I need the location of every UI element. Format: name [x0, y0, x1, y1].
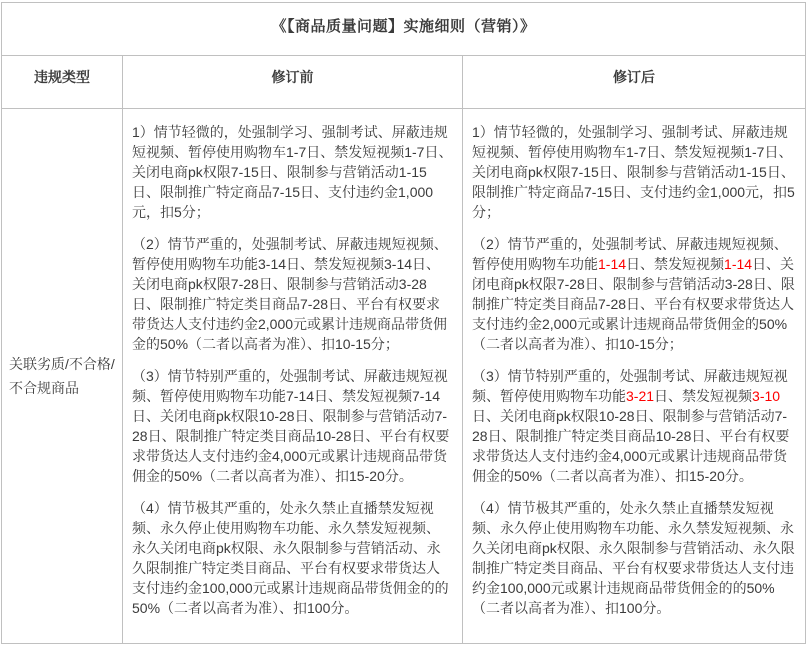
- title-row: 《【商品质量问题】实施细则（营销）》: [2, 3, 806, 56]
- rule-text: （3）情节特别严重的，处强制考试、屏蔽违规短视频、暂停使用购物车功能7-14日、…: [132, 368, 449, 484]
- rule-paragraph: （2）情节严重的，处强制考试、屏蔽违规短视频、暂停使用购物车功能3-14日、禁发…: [132, 234, 453, 354]
- rule-text: 日、禁发短视频: [626, 256, 724, 272]
- rule-text: 日、关闭电商pk权限10-28日、限制参与营销活动7-28日、限制推广特定类目商…: [472, 408, 789, 484]
- header-before-revision: 修订前: [123, 56, 463, 109]
- revised-text: 1-14: [724, 256, 752, 272]
- rule-text: 日、禁发短视频: [654, 388, 752, 404]
- after-revision-cell: 1）情节轻微的，处强制学习、强制考试、屏蔽违规短视频、暂停使用购物车1-7日、禁…: [463, 109, 806, 644]
- revised-text: 1-14: [598, 256, 626, 272]
- table-row: 关联劣质/不合格/不合规商品 1）情节轻微的，处强制学习、强制考试、屏蔽违规短视…: [2, 109, 806, 644]
- before-revision-cell: 1）情节轻微的，处强制学习、强制考试、屏蔽违规短视频、暂停使用购物车1-7日、禁…: [123, 109, 463, 644]
- rule-text: 1）情节轻微的，处强制学习、强制考试、屏蔽违规短视频、暂停使用购物车1-7日、禁…: [472, 124, 795, 220]
- rule-text: （2）情节严重的，处强制考试、屏蔽违规短视频、暂停使用购物车功能3-14日、禁发…: [132, 236, 448, 352]
- revised-text: 3-10: [752, 388, 780, 404]
- rule-paragraph: （3）情节特别严重的，处强制考试、屏蔽违规短视频、暂停使用购物车功能7-14日、…: [132, 366, 453, 486]
- header-row: 违规类型 修订前 修订后: [2, 56, 806, 109]
- rule-text: 1）情节轻微的，处强制学习、强制考试、屏蔽违规短视频、暂停使用购物车1-7日、禁…: [132, 124, 452, 220]
- rule-paragraph: 1）情节轻微的，处强制学习、强制考试、屏蔽违规短视频、暂停使用购物车1-7日、禁…: [472, 122, 796, 222]
- page-title: 《【商品质量问题】实施细则（营销）》: [2, 3, 806, 56]
- rule-paragraph: （4）情节极其严重的，处永久禁止直播禁发短视频、永久停止使用购物车功能、永久禁发…: [472, 498, 796, 618]
- revision-table: 《【商品质量问题】实施细则（营销）》 违规类型 修订前 修订后 关联劣质/不合格…: [1, 2, 806, 644]
- violation-type-cell: 关联劣质/不合格/不合规商品: [2, 109, 123, 644]
- rule-paragraph: （4）情节极其严重的，处永久禁止直播禁发短视频、永久停止使用购物车功能、永久禁发…: [132, 498, 453, 618]
- rule-paragraph: 1）情节轻微的，处强制学习、强制考试、屏蔽违规短视频、暂停使用购物车1-7日、禁…: [132, 122, 453, 222]
- header-after-revision: 修订后: [463, 56, 806, 109]
- header-violation-type: 违规类型: [2, 56, 123, 109]
- revised-text: 3-21: [626, 388, 654, 404]
- rule-text: （4）情节极其严重的，处永久禁止直播禁发短视频、永久停止使用购物车功能、永久禁发…: [132, 500, 449, 616]
- page-background: 《【商品质量问题】实施细则（营销）》 违规类型 修订前 修订后 关联劣质/不合格…: [0, 0, 806, 644]
- rule-paragraph: （3）情节特别严重的，处强制考试、屏蔽违规短视频、暂停使用购物车功能3-21日、…: [472, 366, 796, 486]
- rule-paragraph: （2）情节严重的，处强制考试、屏蔽违规短视频、暂停使用购物车功能1-14日、禁发…: [472, 234, 796, 354]
- rule-text: （4）情节极其严重的，处永久禁止直播禁发短视频、永久停止使用购物车功能、永久禁发…: [472, 500, 795, 616]
